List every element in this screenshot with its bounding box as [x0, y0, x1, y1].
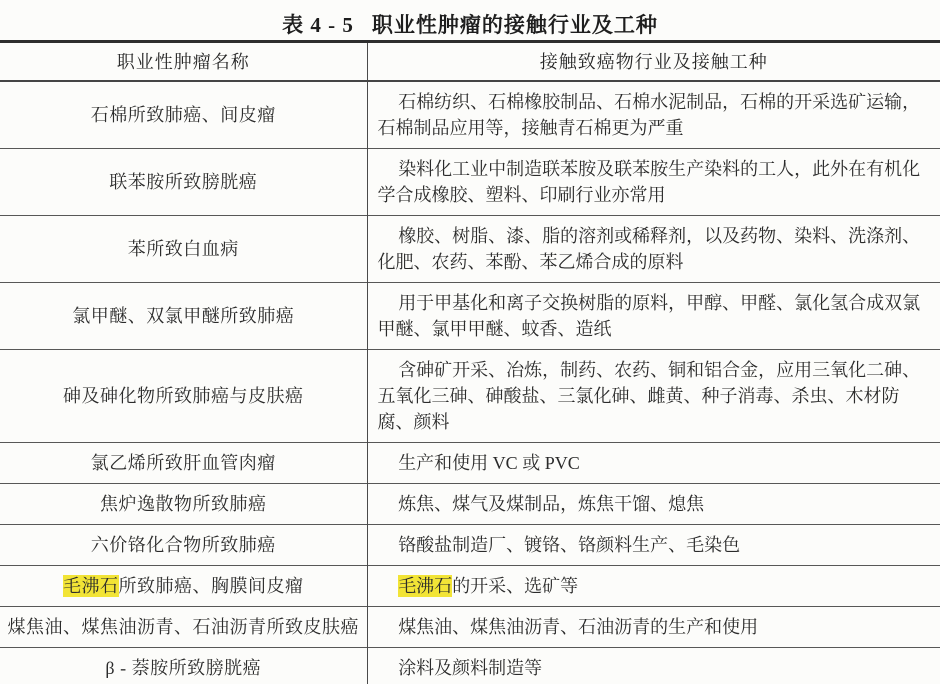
table-row: 六价铬化合物所致肺癌 铬酸盐制造厂、镀铬、铬颜料生产、毛染色: [0, 524, 940, 565]
text-segment: 煤焦油、煤焦油沥青、石油沥青所致皮肤癌: [8, 617, 360, 637]
table-row: 焦炉逸散物所致肺癌 炼焦、煤气及煤制品，炼焦干馏、熄焦: [0, 483, 940, 524]
highlighted-term: 毛沸石: [63, 575, 119, 597]
text-segment: 砷及砷化物所致肺癌与皮肤癌: [63, 386, 304, 406]
industry-text: 橡胶、树脂、漆、脂的溶剂或稀释剂，以及药物、染料、洗涤剂、化肥、农药、苯酚、苯乙…: [378, 223, 929, 275]
industry-text: 用于甲基化和离子交换树脂的原料，甲醇、甲醛、氯化氢合成双氯甲醚、氯甲甲醚、蚊香、…: [378, 290, 929, 342]
text-segment: 苯所致白血病: [128, 239, 239, 259]
industry-cell: 染料化工业中制造联苯胺及联苯胺生产染料的工人，此外在有机化学合成橡胶、塑料、印刷…: [367, 148, 940, 215]
table-row: 氯甲醚、双氯甲醚所致肺癌 用于甲基化和离子交换树脂的原料，甲醇、甲醛、氯化氢合成…: [0, 282, 940, 349]
industry-cell: 生产和使用 VC 或 PVC: [367, 442, 940, 483]
tumor-name-cell: 毛沸石所致肺癌、胸膜间皮瘤: [0, 565, 367, 606]
text-segment: 六价铬化合物所致肺癌: [91, 535, 276, 555]
industry-cell: 橡胶、树脂、漆、脂的溶剂或稀释剂，以及药物、染料、洗涤剂、化肥、农药、苯酚、苯乙…: [367, 215, 940, 282]
table-row: 毛沸石所致肺癌、胸膜间皮瘤 毛沸石的开采、选矿等: [0, 565, 940, 606]
page-title: 表 4 - 5职业性肿瘤的接触行业及工种: [0, 0, 940, 40]
text-segment: 涂料及颜料制造等: [398, 658, 542, 678]
tumor-name-cell: 砷及砷化物所致肺癌与皮肤癌: [0, 349, 367, 442]
header-industry: 接触致癌物行业及接触工种: [367, 42, 940, 81]
text-segment: 染料化工业中制造联苯胺及联苯胺生产染料的工人，此外在有机化学合成橡胶、塑料、印刷…: [378, 159, 921, 205]
table-row: β - 萘胺所致膀胱癌 涂料及颜料制造等: [0, 647, 940, 684]
table-row: 石棉所致肺癌、间皮瘤 石棉纺织、石棉橡胶制品、石棉水泥制品，石棉的开采选矿运输，…: [0, 81, 940, 149]
tumor-name-cell: 联苯胺所致膀胱癌: [0, 148, 367, 215]
text-segment: 焦炉逸散物所致肺癌: [100, 494, 267, 514]
text-segment: 煤焦油、煤焦油沥青、石油沥青的生产和使用: [398, 617, 758, 637]
tumor-name-cell: 石棉所致肺癌、间皮瘤: [0, 81, 367, 149]
industry-cell: 用于甲基化和离子交换树脂的原料，甲醇、甲醛、氯化氢合成双氯甲醚、氯甲甲醚、蚊香、…: [367, 282, 940, 349]
industry-text: 涂料及颜料制造等: [378, 655, 929, 681]
industry-cell: 煤焦油、煤焦油沥青、石油沥青的生产和使用: [367, 606, 940, 647]
text-segment: 的开采、选矿等: [452, 576, 578, 596]
header-row: 职业性肿瘤名称 接触致癌物行业及接触工种: [0, 42, 940, 81]
table-row: 砷及砷化物所致肺癌与皮肤癌 含砷矿开采、冶炼，制药、农药、铜和铝合金，应用三氧化…: [0, 349, 940, 442]
text-segment: β - 萘胺所致膀胱癌: [105, 658, 261, 678]
tumor-name-cell: β - 萘胺所致膀胱癌: [0, 647, 367, 684]
text-segment: 铬酸盐制造厂、镀铬、铬颜料生产、毛染色: [398, 535, 740, 555]
industry-text: 生产和使用 VC 或 PVC: [378, 450, 929, 476]
table-body: 石棉所致肺癌、间皮瘤 石棉纺织、石棉橡胶制品、石棉水泥制品，石棉的开采选矿运输，…: [0, 81, 940, 684]
text-segment: 生产和使用 VC 或 PVC: [398, 453, 580, 473]
industry-text: 煤焦油、煤焦油沥青、石油沥青的生产和使用: [378, 614, 929, 640]
tumor-name-cell: 煤焦油、煤焦油沥青、石油沥青所致皮肤癌: [0, 606, 367, 647]
text-segment: 联苯胺所致膀胱癌: [109, 172, 257, 192]
text-segment: 炼焦、煤气及煤制品，炼焦干馏、熄焦: [398, 494, 704, 514]
industry-text: 毛沸石的开采、选矿等: [378, 573, 929, 599]
text-segment: 氯甲醚、双氯甲醚所致肺癌: [72, 306, 294, 326]
tumor-name-cell: 六价铬化合物所致肺癌: [0, 524, 367, 565]
tumor-name-cell: 焦炉逸散物所致肺癌: [0, 483, 367, 524]
industry-cell: 铬酸盐制造厂、镀铬、铬颜料生产、毛染色: [367, 524, 940, 565]
text-segment: 石棉纺织、石棉橡胶制品、石棉水泥制品，石棉的开采选矿运输，石棉制品应用等，接触青…: [378, 92, 921, 138]
industry-cell: 含砷矿开采、冶炼，制药、农药、铜和铝合金，应用三氧化二砷、五氧化三砷、砷酸盐、三…: [367, 349, 940, 442]
table-number: 表 4 - 5: [282, 13, 354, 37]
highlighted-term: 毛沸石: [398, 575, 452, 597]
industry-text: 染料化工业中制造联苯胺及联苯胺生产染料的工人，此外在有机化学合成橡胶、塑料、印刷…: [378, 156, 929, 208]
table-row: 氯乙烯所致肝血管肉瘤 生产和使用 VC 或 PVC: [0, 442, 940, 483]
text-segment: 含砷矿开采、冶炼，制药、农药、铜和铝合金，应用三氧化二砷、五氧化三砷、砷酸盐、三…: [378, 360, 921, 432]
text-segment: 氯乙烯所致肝血管肉瘤: [91, 453, 276, 473]
industry-cell: 涂料及颜料制造等: [367, 647, 940, 684]
table-title-text: 职业性肿瘤的接触行业及工种: [372, 13, 658, 37]
text-segment: 橡胶、树脂、漆、脂的溶剂或稀释剂，以及药物、染料、洗涤剂、化肥、农药、苯酚、苯乙…: [378, 226, 921, 272]
table-row: 苯所致白血病 橡胶、树脂、漆、脂的溶剂或稀释剂，以及药物、染料、洗涤剂、化肥、农…: [0, 215, 940, 282]
text-segment: 所致肺癌、胸膜间皮瘤: [119, 576, 304, 596]
header-tumor-name: 职业性肿瘤名称: [0, 42, 367, 81]
industry-cell: 石棉纺织、石棉橡胶制品、石棉水泥制品，石棉的开采选矿运输，石棉制品应用等，接触青…: [367, 81, 940, 149]
occupational-tumor-table: 职业性肿瘤名称 接触致癌物行业及接触工种 石棉所致肺癌、间皮瘤 石棉纺织、石棉橡…: [0, 40, 940, 684]
industry-text: 石棉纺织、石棉橡胶制品、石棉水泥制品，石棉的开采选矿运输，石棉制品应用等，接触青…: [378, 89, 929, 141]
table-row: 煤焦油、煤焦油沥青、石油沥青所致皮肤癌 煤焦油、煤焦油沥青、石油沥青的生产和使用: [0, 606, 940, 647]
document-page: 表 4 - 5职业性肿瘤的接触行业及工种 职业性肿瘤名称 接触致癌物行业及接触工…: [0, 0, 940, 684]
industry-text: 炼焦、煤气及煤制品，炼焦干馏、熄焦: [378, 491, 929, 517]
tumor-name-cell: 氯乙烯所致肝血管肉瘤: [0, 442, 367, 483]
text-segment: 用于甲基化和离子交换树脂的原料，甲醇、甲醛、氯化氢合成双氯甲醚、氯甲甲醚、蚊香、…: [378, 293, 921, 339]
industry-text: 含砷矿开采、冶炼，制药、农药、铜和铝合金，应用三氧化二砷、五氧化三砷、砷酸盐、三…: [378, 357, 929, 435]
text-segment: 石棉所致肺癌、间皮瘤: [91, 105, 276, 125]
table-row: 联苯胺所致膀胱癌 染料化工业中制造联苯胺及联苯胺生产染料的工人，此外在有机化学合…: [0, 148, 940, 215]
industry-cell: 毛沸石的开采、选矿等: [367, 565, 940, 606]
tumor-name-cell: 苯所致白血病: [0, 215, 367, 282]
industry-text: 铬酸盐制造厂、镀铬、铬颜料生产、毛染色: [378, 532, 929, 558]
tumor-name-cell: 氯甲醚、双氯甲醚所致肺癌: [0, 282, 367, 349]
industry-cell: 炼焦、煤气及煤制品，炼焦干馏、熄焦: [367, 483, 940, 524]
